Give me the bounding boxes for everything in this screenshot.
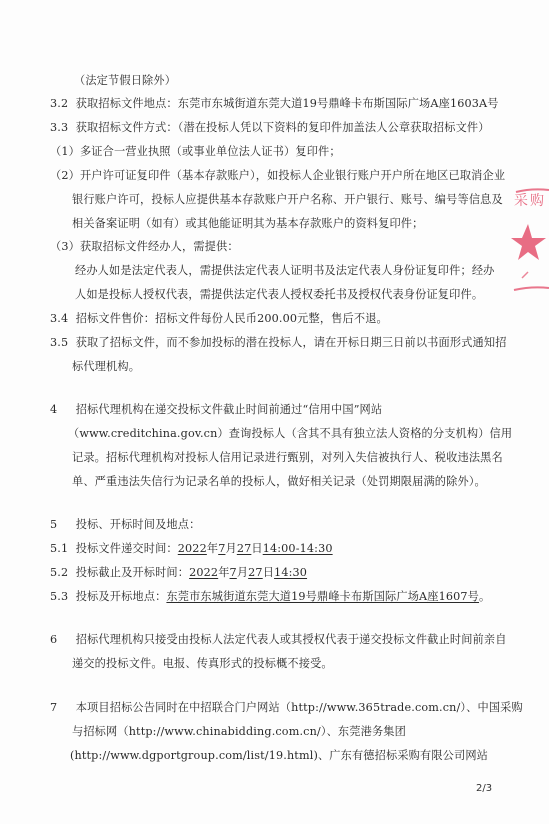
item-1: （1）多证合一营业执照（或事业单位法人证书）复印件；: [50, 145, 341, 159]
unit: 月: [225, 542, 236, 555]
document-page: （法定节假日除外） 3.2 获取招标文件地点：东莞市东城街道东莞大道19号鼎峰卡…: [0, 0, 549, 824]
unit: 年: [207, 542, 218, 555]
clause-5-3: 5.3 投标及开标地点：东莞市东城街道东莞大道19号鼎峰卡布斯国际广场A座160…: [50, 590, 490, 604]
section-text: 招标代理机构只接受由投标人法定代表人或其授权代表于递交投标文件截止时间前亲自: [76, 633, 507, 646]
address-value: 东莞市东城街道东莞大道19号鼎峰卡布斯国际广场A座1607号: [166, 590, 479, 603]
clause-3-5: 3.5 获取了招标文件，而不参加投标的潜在投标人，请在开标日期三日前以书面形式通…: [50, 336, 507, 350]
section-4: 4 招标代理机构在递交投标文件截止时间前通过“信用中国”网站: [50, 403, 382, 417]
unit: 年: [218, 566, 229, 579]
text-line: 人如是投标人授权代表，需提供法定代表人授权委托书及授权代表身份证复印件。: [75, 288, 483, 302]
text-line: 与招标网（http://www.chinabidding.com.cn/）、东莞…: [72, 725, 406, 739]
section-number: 6: [50, 633, 72, 647]
punctuation: 。: [479, 590, 490, 603]
clause-5-1: 5.1 投标文件递交时间：2022年7月27日14:00-14:30: [50, 542, 333, 556]
clause-number: 3.4: [50, 312, 72, 326]
clause-3-4: 3.4 招标文件售价：招标文件每份人民币200.00元整，售后不退。: [50, 312, 388, 326]
clause-number: 3.5: [50, 336, 72, 350]
section-5: 5 投标、开标时间及地点：: [50, 518, 200, 532]
text-line: 标代理机构。: [72, 360, 140, 374]
section-number: 4: [50, 403, 72, 417]
clause-3-2: 3.2 获取招标文件地点：东莞市东城街道东莞大道19号鼎峰卡布斯国际广场A座16…: [50, 97, 499, 111]
text-line: （法定节假日除外）: [74, 74, 176, 88]
clause-text: 获取了招标文件，而不参加投标的潜在投标人，请在开标日期三日前以书面形式通知招: [76, 336, 507, 349]
unit: 日: [251, 542, 262, 555]
clause-3-3: 3.3 获取招标文件方式：（潜在投标人凭以下资料的复印件加盖法人公章获取招标文件…: [50, 121, 490, 135]
year-value: 2022: [178, 542, 207, 555]
month-value: 7: [230, 566, 237, 579]
clause-label: 投标及开标地点：: [76, 590, 167, 603]
text-line: （www.creditchina.gov.cn）查询投标人（含其不具有独立法人资…: [68, 427, 512, 441]
seal-text: 采购: [514, 190, 546, 210]
text-line: 经办人如是法定代表人，需提供法定代表人证明书及法定代表人身份证复印件；经办: [75, 264, 495, 278]
item-2: （2）开户许可证复印件（基本存款账户），如投标人企业银行账户开户所在地区已取消企…: [50, 169, 505, 183]
day-value: 27: [248, 566, 263, 579]
text-line: 递交的投标文件。电报、传真形式的投标概不接受。: [72, 657, 333, 671]
clause-number: 3.3: [50, 121, 72, 135]
clause-number: 5.3: [50, 590, 72, 604]
section-text: 投标、开标时间及地点：: [76, 518, 201, 531]
day-value: 27: [237, 542, 252, 555]
section-number: 7: [50, 701, 72, 715]
text-line: 单、严重违法失信行为记录名单的投标人，做好相关记录（处罚期限届满的除外）。: [72, 475, 486, 489]
clause-5-2: 5.2 投标截止及开标时间：2022年7月27日14:30: [50, 566, 307, 580]
year-value: 2022: [189, 566, 218, 579]
clause-number: 5.2: [50, 566, 72, 580]
clause-text: 获取招标文件方式：（潜在投标人凭以下资料的复印件加盖法人公章获取招标文件）: [76, 121, 490, 134]
text-line: 相关备案证明（如有）或其他能证明其为基本存款账户的资料复印件；: [72, 217, 423, 231]
clause-number: 5.1: [50, 542, 72, 556]
clause-number: 3.2: [50, 97, 72, 111]
text-line: 银行账户许可，投标人应提供基本存款账户开户名称、开户银行、账号、编号等信息及: [72, 193, 503, 207]
text-line: 记录。招标代理机构对投标人信用记录进行甄别，对列入失信被执行人、税收违法黑名: [72, 451, 503, 465]
section-number: 5: [50, 518, 72, 532]
unit: 月: [237, 566, 248, 579]
clause-text: 获取招标文件地点：东莞市东城街道东莞大道19号鼎峰卡布斯国际广场A座1603A号: [76, 97, 499, 110]
clause-text: 招标文件售价：招标文件每份人民币200.00元整，售后不退。: [76, 312, 388, 325]
page-number: 2/3: [476, 783, 492, 794]
section-text: 招标代理机构在递交投标文件截止时间前通过“信用中国”网站: [76, 403, 383, 416]
time-value: 14:00-14:30: [263, 542, 333, 555]
section-7: 7 本项目招标公告同时在中招联合门户网站（http://www.365trade…: [50, 701, 523, 715]
clause-label: 投标截止及开标时间：: [76, 566, 189, 579]
section-text: 本项目招标公告同时在中招联合门户网站（http://www.365trade.c…: [76, 701, 523, 714]
text-line: (http://www.dgportgroup.com/list/19.html…: [70, 749, 488, 763]
unit: 日: [263, 566, 274, 579]
section-6: 6 招标代理机构只接受由投标人法定代表人或其授权代表于递交投标文件截止时间前亲自: [50, 633, 507, 647]
item-3: （3）获取招标文件经办人，需提供：: [50, 240, 239, 254]
clause-label: 投标文件递交时间：: [76, 542, 178, 555]
time-value: 14:30: [274, 566, 307, 579]
